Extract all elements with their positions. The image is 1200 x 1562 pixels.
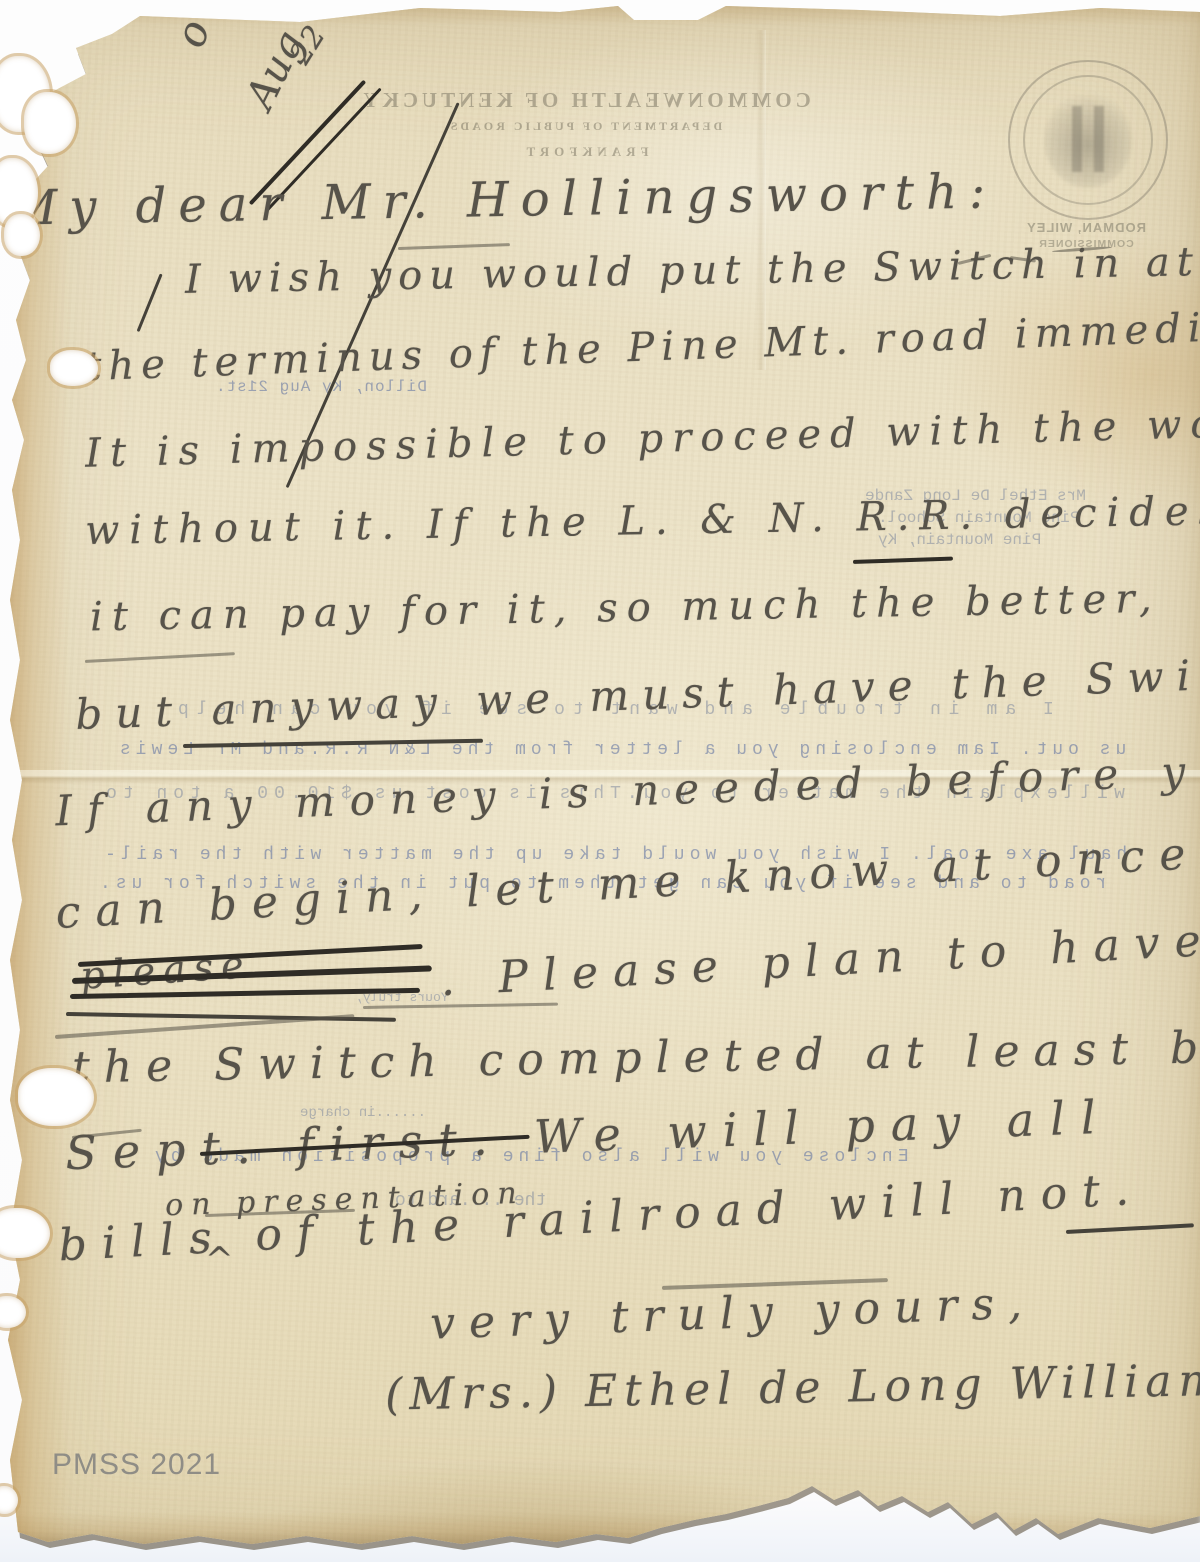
body-line-6: but anyway we must have the Switch. — [75, 646, 1200, 739]
trailing-rule-stroke — [1066, 1223, 1194, 1233]
scratched-word: please — [79, 942, 253, 998]
state-seal-icon — [1008, 60, 1168, 220]
archive-watermark: PMSS 2021 — [52, 1448, 221, 1482]
letterhead-line3: FRANKFORT — [320, 144, 850, 160]
letterhead-line1: COMMONWEALTH OF KENTUCKY — [320, 88, 850, 113]
torn-hole — [18, 1068, 94, 1126]
salutation: My dear Mr. Hollingsworth: — [8, 163, 998, 236]
body-line-9: . Please plan to have — [439, 915, 1200, 1007]
commissioner-name: RODMAN, WILEY — [1008, 220, 1164, 235]
body-line-3: It is impossible to proceed with the wor… — [85, 399, 1200, 476]
torn-hole — [24, 92, 76, 154]
over-note: over — [165, 0, 246, 53]
letterhead-mirrored-block: COMMONWEALTH OF KENTUCKY DEPARTMENT OF P… — [320, 88, 850, 160]
closing: very truly yours, — [429, 1277, 1036, 1349]
stray-stroke-but — [85, 652, 235, 663]
body-line-1: I wish you would put the Switch in at — [185, 239, 1200, 303]
paragraph-slash-mark — [137, 273, 163, 332]
torn-hole — [50, 350, 98, 386]
letterhead-line2: DEPARTMENT OF PUBLIC ROADS — [320, 119, 850, 134]
body-line-2: the terminus of the Pine Mt. road immedi… — [85, 300, 1200, 390]
scanned-letter-page: COMMONWEALTH OF KENTUCKY DEPARTMENT OF P… — [0, 0, 1200, 1562]
body-line-5: it can pay for it, so much the better, — [90, 576, 1161, 641]
stray-stroke-switch — [398, 243, 510, 250]
body-line-12: bills of the railroad will not. — [57, 1164, 1145, 1272]
rr-underline-stroke — [853, 557, 953, 564]
signature: (Mrs.) Ethel de Long Williams — [385, 1354, 1200, 1420]
paper-sheet: COMMONWEALTH OF KENTUCKY DEPARTMENT OF P… — [0, 0, 1200, 1562]
torn-hole — [4, 214, 40, 256]
body-line-10: the Switch completed at least by — [72, 1022, 1200, 1094]
